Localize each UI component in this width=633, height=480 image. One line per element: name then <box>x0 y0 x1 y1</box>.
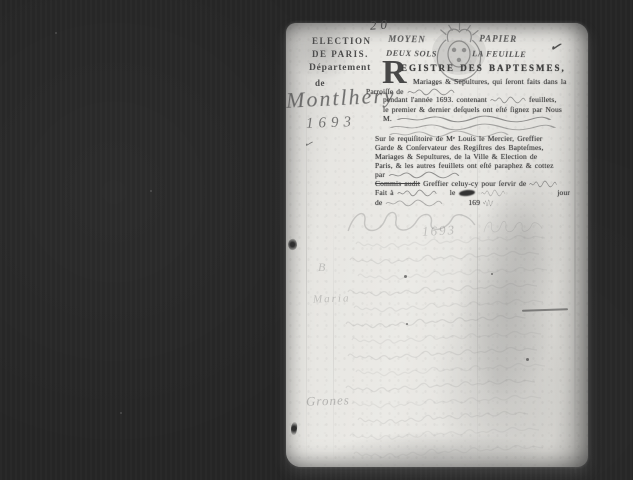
ink-blot <box>458 189 475 197</box>
large-faint-scrawl <box>344 205 479 239</box>
dust-speck <box>150 190 152 192</box>
faint-margin-flourish: B <box>318 260 325 275</box>
register-page: 20 ✓ ELECTION DE PARIS. Département de M… <box>286 23 588 467</box>
ink-speck <box>491 273 493 275</box>
handwriting-scribble <box>395 115 553 123</box>
ink-speck <box>526 358 529 361</box>
struck-text: Commis audit <box>375 179 420 188</box>
printed-line-fait: Fait à le jour <box>375 188 570 197</box>
ink-speck <box>436 83 438 85</box>
printed-line: Mariages & Sepultures, de la Ville & Ele… <box>375 152 537 161</box>
handwriting-scribble <box>388 171 460 179</box>
ink-speck <box>406 323 408 325</box>
stamp-word-moyen: MOYEN <box>388 34 426 45</box>
handwritten-year-1693: 1693 <box>306 114 357 133</box>
dust-speck <box>55 32 57 34</box>
printed-line: Sur le requiſitoire de Mᵉ Louis le Merci… <box>375 134 542 143</box>
printed-text: Greffier celuy-cy pour ſervir de <box>423 179 526 188</box>
stamp-word-papier: PAPIER <box>479 33 517 44</box>
handwriting-scribble <box>397 189 437 197</box>
printed-text: M. <box>383 114 392 123</box>
printed-line-pendant: pendant l'année 1693. contenant feuillet… <box>383 95 557 104</box>
printed-line-par: par <box>375 170 463 179</box>
margin-ink-blot <box>290 422 298 436</box>
header-de-paris: DE PARIS. <box>312 49 369 59</box>
corner-ink-mark: ✓ <box>548 38 562 56</box>
handwritten-checkmark: ✓ <box>303 138 314 151</box>
dust-speck <box>120 412 122 414</box>
printed-text: Fait à <box>375 188 394 197</box>
printed-line: Garde & Conſervateur des Regiſtres des B… <box>375 143 544 152</box>
printed-line-m: M. <box>383 114 556 123</box>
printed-text: par <box>375 170 385 179</box>
handwriting-scribble <box>483 199 493 207</box>
handwriting-scribble <box>529 180 557 188</box>
printed-text: jour <box>557 188 570 197</box>
printed-line-commis: Commis audit Greffier celuy-cy pour ſerv… <box>375 179 560 188</box>
stamp-word-la-feuille: LA FEUILLE <box>472 48 527 59</box>
vertical-crease <box>333 228 334 466</box>
bleedthrough-text-lines <box>344 235 580 467</box>
printed-title: EGISTRE DES BAPTESMES, <box>401 63 566 73</box>
printed-line: Paris, & les autres feuillets ont eſté p… <box>375 161 554 170</box>
printed-line: le premier & dernier deſquels ont eſté ſ… <box>383 105 562 114</box>
ink-speck <box>404 275 407 278</box>
photographed-register-scan: 20 ✓ ELECTION DE PARIS. Département de M… <box>0 0 633 480</box>
printed-text: le <box>450 188 456 197</box>
handwriting-scribble <box>481 189 505 197</box>
header-election: ELECTION <box>312 36 372 46</box>
faint-scrawl-tail <box>482 217 544 237</box>
printed-text: feuillets, <box>529 95 557 104</box>
printed-text: pendant l'année 1693. contenant <box>383 95 487 104</box>
header-departement: Département <box>309 63 371 73</box>
margin-ink-blot <box>287 238 299 251</box>
handwriting-scribble <box>490 96 526 104</box>
